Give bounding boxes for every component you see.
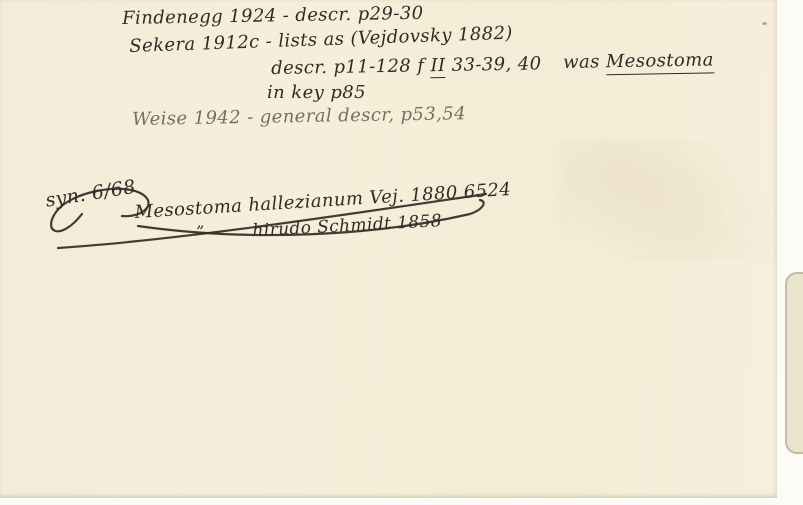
card-behind-corner (785, 272, 803, 454)
note-sekera-descr: descr. p11-128 f II 33-39, 40 (271, 53, 542, 79)
note-weise: Weise 1942 - general descr, p53,54 (132, 103, 466, 130)
synonym-line-2: hirudo Schmidt 1858 (252, 211, 442, 241)
show-through-smudge (560, 140, 770, 260)
ink-speck (166, 13, 169, 15)
index-card: Findenegg 1924 - descr. p29-30 Sekera 19… (0, 0, 777, 497)
ditto-mark: ” (196, 222, 205, 241)
was-word: was (563, 51, 606, 73)
note-was-mesostoma: was Mesostoma (563, 49, 714, 73)
genus-name-underlined: Mesostoma (606, 49, 714, 75)
note-sekera-descr-text: descr. p11-128 f (271, 55, 431, 79)
scanner-background-bottom (0, 497, 777, 505)
note-in-key: in key p85 (267, 82, 366, 103)
plate-numeral: II (430, 55, 445, 78)
note-findenegg: Findenegg 1924 - descr. p29-30 (122, 3, 424, 29)
note-sekera-figs: 33-39, 40 (445, 53, 541, 76)
ink-speck (762, 22, 767, 25)
synonymy-label: syn. 6/68 (44, 176, 137, 212)
